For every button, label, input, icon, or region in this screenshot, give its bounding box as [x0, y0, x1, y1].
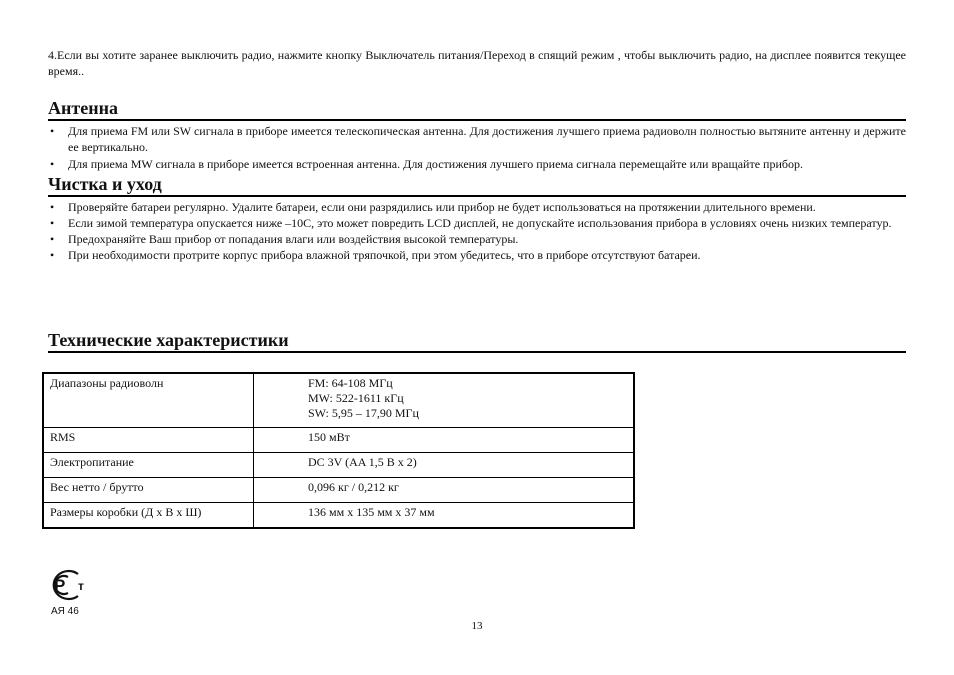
list-item: При необходимости протрите корпус прибор…: [48, 247, 906, 263]
spec-label: Вес нетто / брутто: [43, 478, 254, 503]
care-bullet-list: Проверяйте батареи регулярно. Удалите ба…: [48, 199, 906, 263]
table-row: RMS150 мВт: [43, 428, 634, 453]
spec-value-line: 150 мВт: [308, 430, 627, 445]
spec-label: Диапазоны радиоволн: [43, 373, 254, 428]
intro-paragraph: 4.Если вы хотите заранее выключить радио…: [48, 47, 906, 79]
spec-value-line: 0,096 кг / 0,212 кг: [308, 480, 627, 495]
table-row: Диапазоны радиоволнFM: 64-108 МГцMW: 522…: [43, 373, 634, 428]
svg-text:т: т: [78, 579, 84, 593]
spec-label: RMS: [43, 428, 254, 453]
spec-value: 0,096 кг / 0,212 кг: [254, 478, 635, 503]
table-row: Вес нетто / брутто0,096 кг / 0,212 кг: [43, 478, 634, 503]
spec-value: 136 мм х 135 мм х 37 мм: [254, 503, 635, 529]
list-item: Проверяйте батареи регулярно. Удалите ба…: [48, 199, 906, 215]
table-row: Размеры коробки (Д х В х Ш)136 мм х 135 …: [43, 503, 634, 529]
section-heading-care: Чистка и уход: [48, 174, 906, 197]
table-row: ЭлектропитаниеDC 3V (AA 1,5 B x 2): [43, 453, 634, 478]
certification-code: АЯ 46: [51, 606, 79, 617]
list-item: Для приема MW сигнала в приборе имеется …: [48, 156, 906, 172]
specs-table: Диапазоны радиоволнFM: 64-108 МГцMW: 522…: [42, 372, 635, 529]
rst-certification-mark-icon: Р т: [48, 568, 92, 602]
spec-value-line: FM: 64-108 МГц: [308, 376, 627, 391]
list-item: Предохраняйте Ваш прибор от попадания вл…: [48, 231, 906, 247]
spec-value: FM: 64-108 МГцMW: 522-1611 кГцSW: 5,95 –…: [254, 373, 635, 428]
spec-value: DC 3V (AA 1,5 B x 2): [254, 453, 635, 478]
spec-value-line: DC 3V (AA 1,5 B x 2): [308, 455, 627, 470]
page-number: 13: [0, 620, 954, 632]
spec-value: 150 мВт: [254, 428, 635, 453]
section-heading-antenna: Антенна: [48, 98, 906, 121]
antenna-bullet-list: Для приема FM или SW сигнала в приборе и…: [48, 123, 906, 172]
spec-label: Размеры коробки (Д х В х Ш): [43, 503, 254, 529]
list-item: Для приема FM или SW сигнала в приборе и…: [48, 123, 906, 155]
spec-value-line: 136 мм х 135 мм х 37 мм: [308, 505, 627, 520]
list-item: Если зимой температура опускается ниже –…: [48, 215, 906, 231]
spec-label: Электропитание: [43, 453, 254, 478]
section-heading-specs: Технические характеристики: [48, 330, 906, 353]
spec-value-line: SW: 5,95 – 17,90 МГц: [308, 406, 627, 421]
spec-value-line: MW: 522-1611 кГц: [308, 391, 627, 406]
